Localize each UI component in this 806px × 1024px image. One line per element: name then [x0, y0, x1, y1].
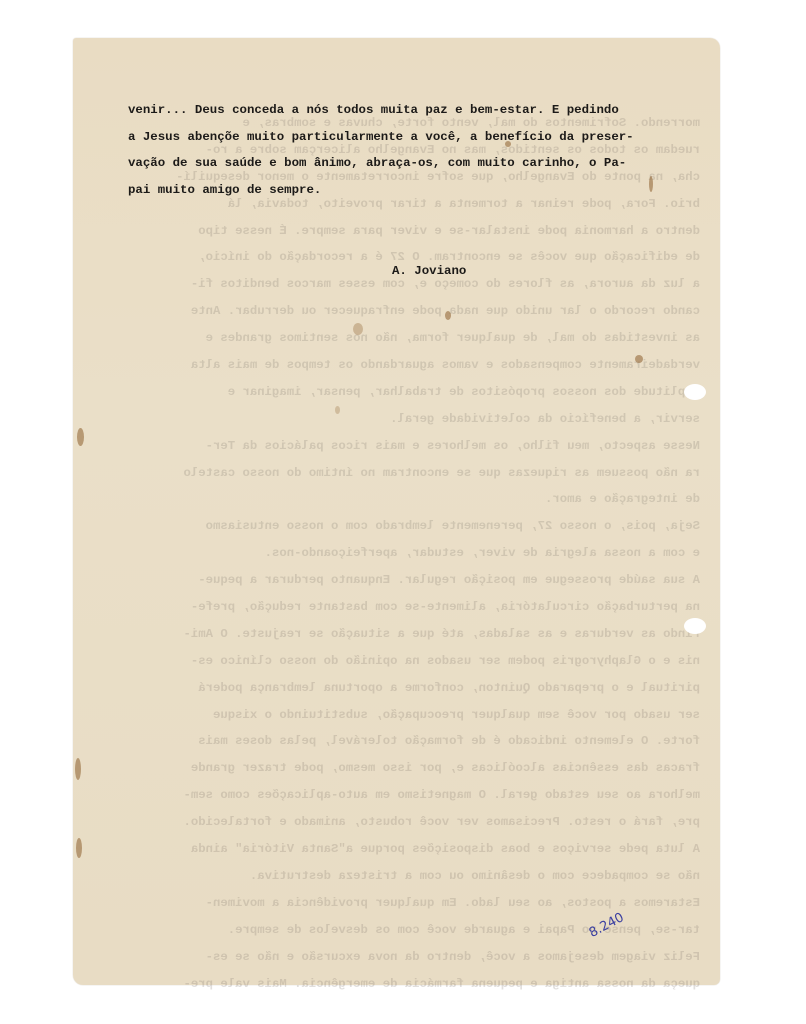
letter-line: vação de sua saúde e bom ânimo, abraça-o… [128, 150, 698, 177]
signature: A. Joviano [392, 258, 466, 285]
bleed-line: Nesse aspecto, meu filho, os melhores e … [125, 433, 700, 460]
foxing-stain [445, 311, 451, 320]
bleed-through-text: morrendo. Sofrimentos do mal, vento fort… [125, 110, 700, 997]
bleed-line: servir, a benefício da coletividade gera… [125, 406, 700, 433]
bleed-line: não se compadece com o desânimo ou com a… [125, 863, 700, 890]
bleed-line: piritual e o preparado Quinton, conforme… [125, 675, 700, 702]
bleed-line: ra não possuem as riquezas que se encont… [125, 460, 700, 487]
bleed-line: Feliz viagem desejamos a você, dentro da… [125, 944, 700, 971]
foxing-stain [76, 838, 82, 858]
bleed-line: de integração e amor. [125, 486, 700, 513]
bleed-line: as investidas do mal, de qualquer forma,… [125, 325, 700, 352]
bleed-line: ser usado por você sem qualquer preocupa… [125, 702, 700, 729]
punch-hole [684, 384, 706, 400]
foxing-stain [75, 758, 81, 780]
bleed-line: rindo as verduras e as saladas, até que … [125, 621, 700, 648]
bleed-line: queça da nossa antiga e pequena farmácia… [125, 971, 700, 998]
bleed-line: fracas das essências alcoólicas e, por i… [125, 755, 700, 782]
foxing-stain [335, 406, 340, 414]
bleed-line: Seja, pois, o nosso 27, perenemente lemb… [125, 513, 700, 540]
bleed-line: verdadeiramente compensados e vamos agua… [125, 352, 700, 379]
letter-page: morrendo. Sofrimentos do mal, vento fort… [73, 38, 720, 985]
bleed-line: e com a nossa alegria de viver, estudar,… [125, 540, 700, 567]
bleed-line: melhora ao seu estado geral. O magnetism… [125, 782, 700, 809]
bleed-line: A luta pede serviços e boas disposições … [125, 836, 700, 863]
bleed-line: dentro a harmonia pode instalar-se e viv… [125, 218, 700, 245]
bleed-line: nis e o Glaphyrogris podem ser usados na… [125, 648, 700, 675]
foxing-stain [635, 355, 643, 363]
foxing-stain [505, 141, 511, 147]
bleed-line: forte. O elemento indicado é de formação… [125, 728, 700, 755]
bleed-line: amplitude dos nossos propósitos de traba… [125, 379, 700, 406]
letter-line: a Jesus abençõe muito particularmente a … [128, 124, 698, 151]
letter-body: venir... Deus conceda a nós todos muita … [128, 97, 698, 203]
letter-line: venir... Deus conceda a nós todos muita … [128, 97, 698, 124]
letter-line: pai muito amigo de sempre. [128, 177, 698, 204]
bleed-line: A sua saúde prossegue em posição regular… [125, 567, 700, 594]
bleed-line: cando recordo o lar unido que nada pode … [125, 298, 700, 325]
foxing-stain [649, 176, 653, 192]
punch-hole [684, 618, 706, 634]
bleed-line: pre, fará o resto. Precisamos ver você r… [125, 809, 700, 836]
foxing-stain [353, 323, 363, 335]
bleed-line: na perturbação circulatória, alimente-se… [125, 594, 700, 621]
foxing-stain [77, 428, 84, 446]
